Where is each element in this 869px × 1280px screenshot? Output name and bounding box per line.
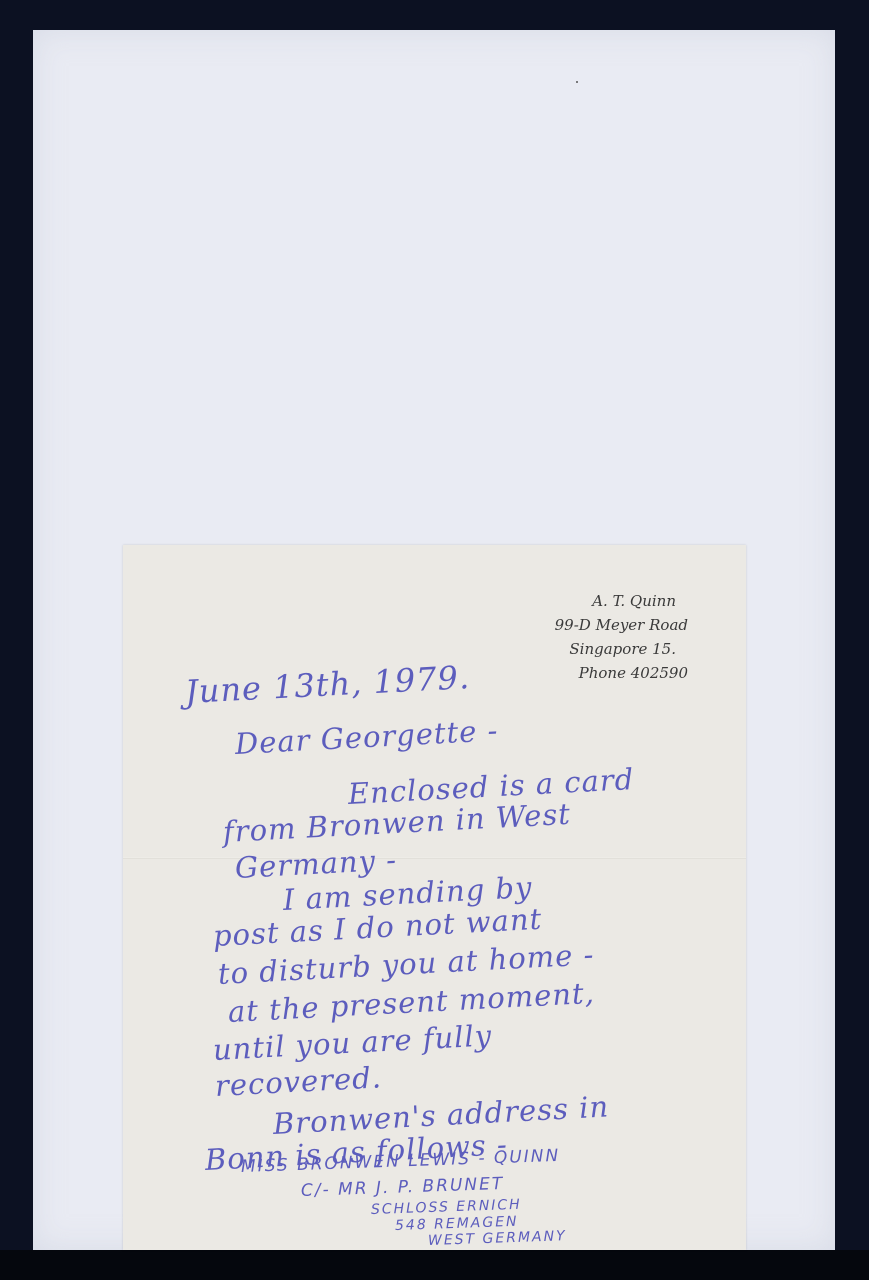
letterhead-street: 99-D Meyer Road <box>555 613 688 637</box>
letterhead-phone: Phone 402590 <box>555 661 688 685</box>
letterhead-city: Singapore 15. <box>555 637 688 661</box>
paper-speck <box>576 81 578 83</box>
handwritten-letter: A. T. Quinn 99-D Meyer Road Singapore 15… <box>123 545 746 1250</box>
fold-line <box>123 857 746 859</box>
body-line: recovered. <box>214 1060 383 1103</box>
address-line: C/- MR J. P. BRUNET <box>301 1174 505 1201</box>
letterhead: A. T. Quinn 99-D Meyer Road Singapore 15… <box>555 589 688 685</box>
letter-date: June 13th, 1979. <box>184 658 471 711</box>
address-line: WEST GERMANY <box>428 1228 567 1249</box>
letter-salutation: Dear Georgette - <box>234 713 499 761</box>
letterhead-name: A. T. Quinn <box>555 589 688 613</box>
dark-border <box>0 1250 869 1280</box>
